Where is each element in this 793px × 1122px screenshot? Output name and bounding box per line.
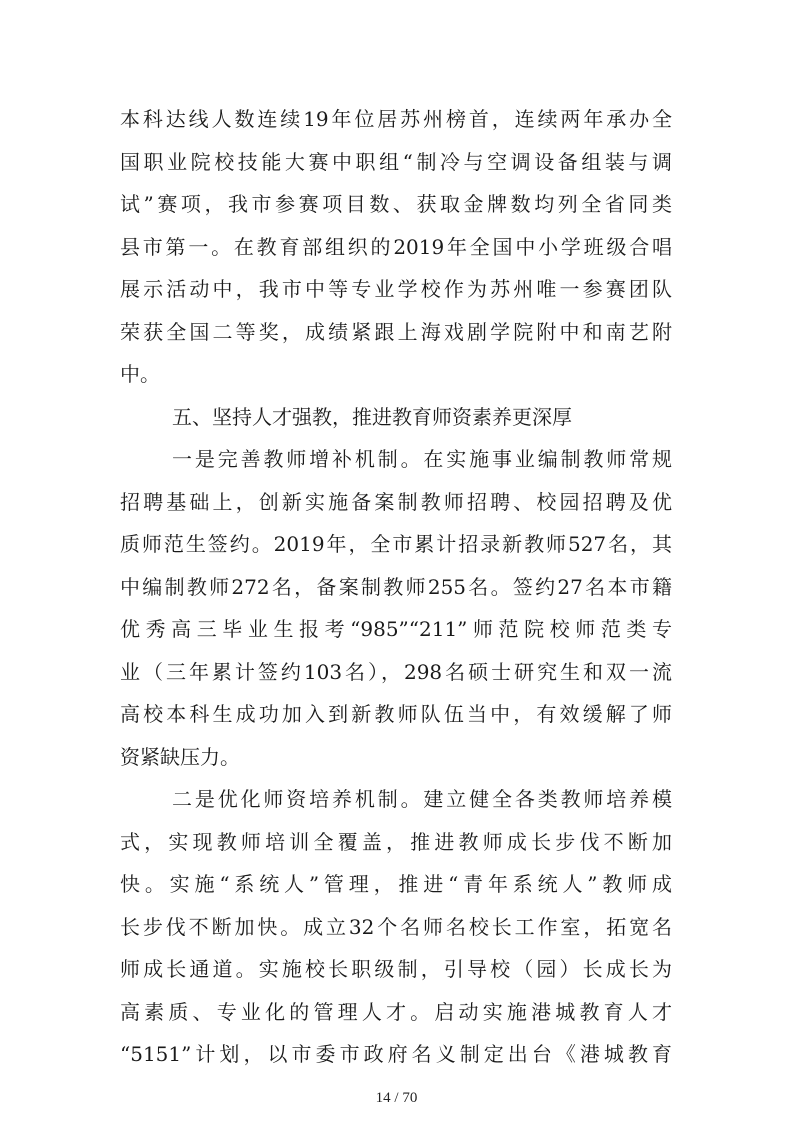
text-line: 快。实施“系统人”管理，推进“青年系统人”教师成	[120, 863, 672, 906]
paragraph-first-line: 二是优化师资培养机制。建立健全各类教师培养模	[120, 778, 672, 821]
text-line: 招聘基础上，创新实施备案制教师招聘、校园招聘及优	[120, 481, 672, 524]
text-line: 县市第一。在教育部组织的2019年全国中小学班级合唱	[120, 226, 672, 269]
text-line: 国职业院校技能大赛中职组“制冷与空调设备组装与调	[120, 141, 672, 184]
text-line: 式，实现教师培训全覆盖，推进教师成长步伐不断加	[120, 821, 672, 864]
document-page: 本科达线人数连续19年位居苏州榜首，连续两年承办全 国职业院校技能大赛中职组“制…	[0, 0, 793, 1122]
section-heading: 五、坚持人才强教，推进教育师资素养更深厚	[120, 396, 672, 439]
document-body: 本科达线人数连续19年位居苏州榜首，连续两年承办全 国职业院校技能大赛中职组“制…	[120, 98, 672, 1076]
text-line-paragraph-end: 中。	[120, 353, 672, 396]
text-line: 展示活动中，我市中等专业学校作为苏州唯一参赛团队	[120, 268, 672, 311]
text-line: 质师范生签约。2019年，全市累计招录新教师527名，其	[120, 523, 672, 566]
text-line: 荣获全国二等奖，成绩紧跟上海戏剧学院附中和南艺附	[120, 311, 672, 354]
text-line: 本科达线人数连续19年位居苏州榜首，连续两年承办全	[120, 98, 672, 141]
text-line: 优秀高三毕业生报考“985”“211”师范院校师范类专	[120, 608, 672, 651]
text-line: 师成长通道。实施校长职级制，引导校（园）长成长为	[120, 948, 672, 991]
text-line: 长步伐不断加快。成立32个名师名校长工作室，拓宽名	[120, 906, 672, 949]
page-number: 14 / 70	[0, 1090, 793, 1107]
paragraph-first-line: 一是完善教师增补机制。在实施事业编制教师常规	[120, 438, 672, 481]
text-line: 高校本科生成功加入到新教师队伍当中，有效缓解了师	[120, 693, 672, 736]
text-line-paragraph-end: 资紧缺压力。	[120, 736, 672, 779]
text-line: 试”赛项，我市参赛项目数、获取金牌数均列全省同类	[120, 183, 672, 226]
text-line: 中编制教师272名，备案制教师255名。签约27名本市籍	[120, 566, 672, 609]
text-line: 业（三年累计签约103名），298名硕士研究生和双一流	[120, 651, 672, 694]
text-line: “5151”计划，以市委市政府名义制定出台《港城教育	[120, 1033, 672, 1076]
text-line: 高素质、专业化的管理人才。启动实施港城教育人才	[120, 991, 672, 1034]
